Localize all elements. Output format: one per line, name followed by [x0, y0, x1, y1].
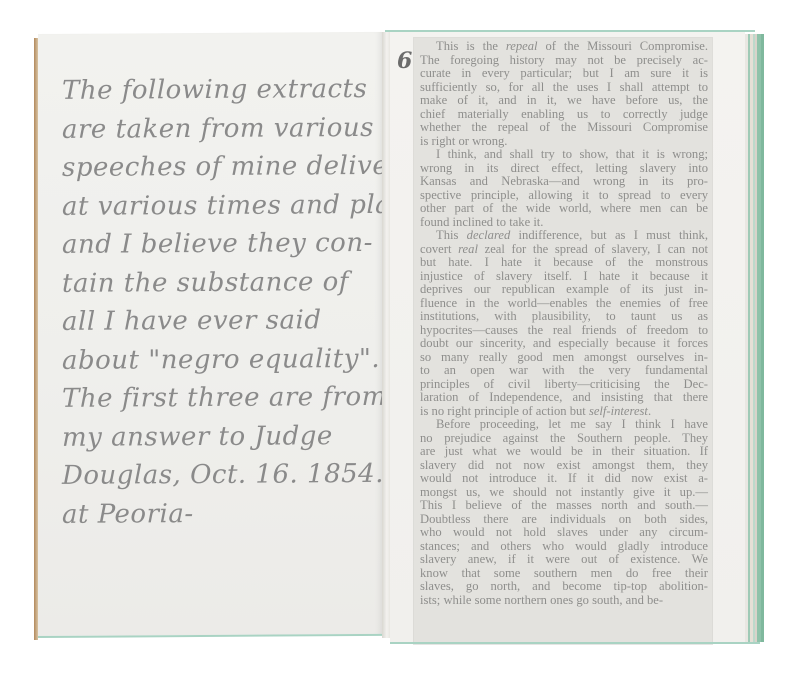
page-number: 6	[397, 48, 412, 74]
clipping-line: deprives our republican example of its j…	[420, 283, 708, 297]
handwriting-line: about "negro equality".	[62, 339, 382, 379]
clipping-line: other part of the wide world, where men …	[420, 202, 708, 216]
clipping-line: is right or wrong.	[420, 135, 708, 149]
clipping-line: This I believe of the masses north and s…	[420, 499, 708, 513]
clipping-line: This is the repeal of the Missouri Compr…	[420, 40, 708, 54]
clipping-line: is no right principle of action but self…	[420, 405, 708, 419]
clipping-line: injustice of slavery itself. I hate it b…	[420, 270, 708, 284]
clipping-line: make of it, and in it, we have before us…	[420, 94, 708, 108]
clipping-paragraph: I think, and shall try to show, that it …	[420, 148, 708, 229]
handwriting-line: all I have ever said	[62, 301, 382, 341]
clipping-line: hypocrites—causes the real friends of fr…	[420, 324, 708, 338]
clipping-line: Before proceeding, let me say I think I …	[420, 418, 708, 432]
clipping-line: wrong in its direct effect, letting slav…	[420, 162, 708, 176]
clipping-line: ists; while some northern ones go south,…	[420, 594, 708, 608]
clipping-line: to an open war with the very fundamental	[420, 364, 708, 378]
clipping-line: fluence in the world—enables the enemies…	[420, 297, 708, 311]
clipping-line: no prejudice against the Southern people…	[420, 432, 708, 446]
clipping-line: laration of Independence, and insisting …	[420, 391, 708, 405]
handwritten-note: The following extractsare taken from var…	[62, 70, 382, 534]
book-gutter	[382, 32, 390, 638]
clipping-line: slavery anew, if it were out of existenc…	[420, 553, 708, 567]
clipping-line: institutions, with plausibility, to taun…	[420, 310, 708, 324]
handwriting-line: Douglas, Oct. 16. 1854.	[62, 455, 382, 495]
clipping-line: The foregoing history may not be precise…	[420, 54, 708, 68]
handwriting-line: and I believe they con-	[62, 224, 382, 264]
left-page: The following extractsare taken from var…	[38, 32, 382, 636]
clipping-paragraph: This declared indifference, but as I mus…	[420, 229, 708, 418]
clipping-line: covert real zeal for the spread of slave…	[420, 243, 708, 257]
clipping-line: This declared indifference, but as I mus…	[420, 229, 708, 243]
clipping-paragraph: Before proceeding, let me say I think I …	[420, 418, 708, 607]
clipping-line: who would not hold slaves under any circ…	[420, 526, 708, 540]
handwriting-line: The following extracts	[62, 70, 382, 110]
clipping-line: but hate. I hate it because of the monst…	[420, 256, 708, 270]
clipping-line: slavery did not now exist amongst them, …	[420, 459, 708, 473]
handwriting-line: tain the substance of	[62, 262, 382, 302]
clipping-line: Doubtless there are individuals on both …	[420, 513, 708, 527]
page-bottom-edge	[390, 642, 760, 644]
clipping-line: curate in every particular; but I am sur…	[420, 67, 708, 81]
open-scrapbook: The following extractsare taken from var…	[0, 0, 800, 674]
clipping-line: whether the repeal of the Missouri Compr…	[420, 121, 708, 135]
clipping-line: principles of civil liberty—criticising …	[420, 378, 708, 392]
handwriting-line: at various times and places;	[62, 185, 382, 225]
clipping-line: found inclined to take it.	[420, 216, 708, 230]
clipping-line: sufficiently so, for all the uses I shal…	[420, 81, 708, 95]
handwriting-line: are taken from various	[62, 108, 382, 148]
clipping-line: stances; and others who would gladly int…	[420, 540, 708, 554]
clipping-line: know that some southern men do free thei…	[420, 567, 708, 581]
clipping-line: are just what we would be in their situa…	[420, 445, 708, 459]
handwriting-line: at Peoria-	[62, 493, 382, 533]
clipping-line: would not introduce it. If it did now ex…	[420, 472, 708, 486]
handwriting-line: my answer to Judge	[62, 416, 382, 456]
clipping-text: This is the repeal of the Missouri Compr…	[414, 38, 712, 607]
clipping-line: mongst us, we should not instantly give …	[420, 486, 708, 500]
clipping-line: chief materially enabling us to correctl…	[420, 108, 708, 122]
handwriting-line: speeches of mine delivered	[62, 147, 382, 187]
book-fore-edge	[745, 34, 767, 642]
clipping-line: slaves, go north, and become tip-top abo…	[420, 580, 708, 594]
clipping-line: Kansas and Nebraska—and wrong in its pro…	[420, 175, 708, 189]
newspaper-clipping: This is the repeal of the Missouri Compr…	[414, 38, 712, 644]
clipping-paragraph: This is the repeal of the Missouri Compr…	[420, 40, 708, 148]
clipping-line: I think, and shall try to show, that it …	[420, 148, 708, 162]
clipping-line: spective principle, allowing it to sprea…	[420, 189, 708, 203]
clipping-line: doubt our sincerity, and especially beca…	[420, 337, 708, 351]
handwriting-line: The first three are from	[62, 378, 382, 418]
clipping-line: so many really good men amongst ourselve…	[420, 351, 708, 365]
